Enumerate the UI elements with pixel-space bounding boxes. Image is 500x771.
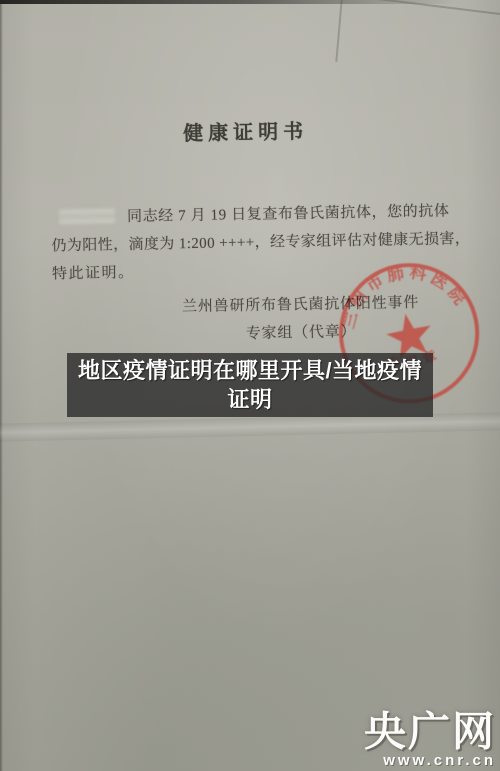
seal-arc-text: 兰州市肺科医院 (328, 251, 474, 334)
body-line-1-text: 同志经 7 月 19 日复查布鲁氏菌抗体，您的抗体 (127, 203, 450, 225)
document-title: 健康证明书 (0, 112, 496, 150)
news-photo-of-document: 健康证明书 同志经 7 月 19 日复查布鲁氏菌抗体，您的抗体 仍为阳性，滴度为… (0, 0, 500, 771)
redacted-name-mosaic (59, 208, 115, 224)
caption-overlay: 地区疫情证明在哪里开具/当地疫情 证明 (67, 353, 433, 417)
cnr-url-text: www.cnr.cn (364, 752, 496, 769)
cnr-watermark: 央广网 www.cnr.cn (364, 709, 496, 769)
body-line-2: 仍为阳性，滴度为 1:200 ++++，经专家组评估对健康无损害， (51, 227, 470, 255)
cnr-logo-text: 央广网 (364, 709, 496, 754)
caption-line-1: 地区疫情证明在哪里开具/当地疫情 (78, 356, 422, 385)
body-line-1: 同志经 7 月 19 日复查布鲁氏菌抗体，您的抗体 (59, 199, 450, 227)
body-line-3: 特此证明。 (52, 261, 135, 283)
caption-line-2: 证明 (227, 385, 272, 414)
svg-text:兰州市肺科医院: 兰州市肺科医院 (328, 251, 474, 334)
